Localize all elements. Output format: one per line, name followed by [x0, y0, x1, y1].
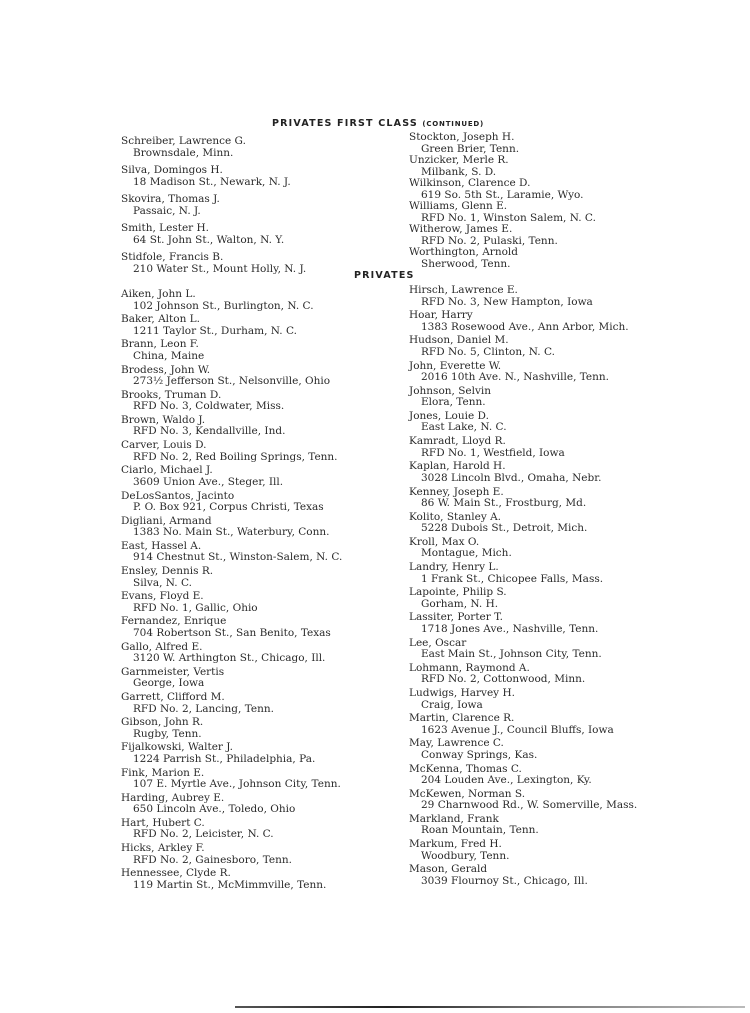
- home-address: Conway Springs, Kas.: [409, 750, 637, 762]
- roster-entry: Hart, Hubert C.RFD No. 2, Leicister, N. …: [121, 818, 342, 841]
- soldier-name: Smith, Lester H.: [121, 223, 306, 235]
- home-address: Roan Mountain, Tenn.: [409, 825, 637, 837]
- pfc-right-column: Stockton, Joseph H.Green Brier, Tenn.Unz…: [409, 132, 596, 270]
- soldier-name: Garrett, Clifford M.: [121, 692, 342, 704]
- home-address: Sherwood, Tenn.: [409, 259, 596, 271]
- roster-entry: East, Hassel A.914 Chestnut St., Winston…: [121, 541, 342, 564]
- roster-entry: Fijalkowski, Walter J.1224 Parrish St., …: [121, 742, 342, 765]
- roster-entry: Carver, Louis D.RFD No. 2, Red Boiling S…: [121, 440, 342, 463]
- home-address: 204 Louden Ave., Lexington, Ky.: [409, 775, 637, 787]
- roster-entry: Kaplan, Harold H.3028 Lincoln Blvd., Oma…: [409, 461, 637, 484]
- roster-entry: DeLosSantos, JacintoP. O. Box 921, Corpu…: [121, 491, 342, 514]
- roster-entry: Brown, Waldo J.RFD No. 3, Kendallville, …: [121, 415, 342, 438]
- roster-entry: Hudson, Daniel M.RFD No. 5, Clinton, N. …: [409, 335, 637, 358]
- roster-entry: Hennessee, Clyde R.119 Martin St., McMim…: [121, 868, 342, 891]
- roster-entry: Brodess, John W.273½ Jefferson St., Nels…: [121, 365, 342, 388]
- home-address: Silva, N. C.: [121, 578, 342, 590]
- roster-entry: Lapointe, Philip S.Gorham, N. H.: [409, 587, 637, 610]
- soldier-name: Witherow, James E.: [409, 224, 596, 236]
- home-address: RFD No. 3, Kendallville, Ind.: [121, 426, 342, 438]
- home-address: Rugby, Tenn.: [121, 729, 342, 741]
- home-address: RFD No. 2, Leicister, N. C.: [121, 829, 342, 841]
- home-address: 3039 Flournoy St., Chicago, Ill.: [409, 876, 637, 888]
- home-address: Montague, Mich.: [409, 548, 637, 560]
- home-address: George, Iowa: [121, 678, 342, 690]
- home-address: RFD No. 1, Gallic, Ohio: [121, 603, 342, 615]
- pfc-title: PRIVATES FIRST CLASS: [272, 118, 418, 129]
- home-address: 3028 Lincoln Blvd., Omaha, Nebr.: [409, 473, 637, 485]
- roster-entry: Schreiber, Lawrence G.Brownsdale, Minn.: [121, 136, 306, 159]
- soldier-name: Worthington, Arnold: [409, 247, 596, 259]
- roster-entry: Skovira, Thomas J.Passaic, N. J.: [121, 194, 306, 217]
- home-address: 1383 No. Main St., Waterbury, Conn.: [121, 527, 342, 539]
- roster-entry: Markland, FrankRoan Mountain, Tenn.: [409, 814, 637, 837]
- home-address: Gorham, N. H.: [409, 599, 637, 611]
- roster-entry: Harding, Aubrey E.650 Lincoln Ave., Tole…: [121, 793, 342, 816]
- soldier-name: Skovira, Thomas J.: [121, 194, 306, 206]
- roster-entry: Hirsch, Lawrence E.RFD No. 3, New Hampto…: [409, 285, 637, 308]
- home-address: RFD No. 3, New Hampton, Iowa: [409, 297, 637, 309]
- roster-entry: Jones, Louie D.East Lake, N. C.: [409, 411, 637, 434]
- roster-entry: Lohmann, Raymond A.RFD No. 2, Cottonwood…: [409, 663, 637, 686]
- home-address: East Main St., Johnson City, Tenn.: [409, 649, 637, 661]
- home-address: 650 Lincoln Ave., Toledo, Ohio: [121, 804, 342, 816]
- soldier-name: Wilkinson, Clarence D.: [409, 178, 596, 190]
- privates-right-column: Hirsch, Lawrence E.RFD No. 3, New Hampto…: [409, 285, 637, 890]
- roster-entry: Unzicker, Merle R.Milbank, S. D.: [409, 155, 596, 178]
- home-address: 914 Chestnut St., Winston-Salem, N. C.: [121, 552, 342, 564]
- soldier-name: Silva, Domingos H.: [121, 165, 306, 177]
- roster-entry: Martin, Clarence R.1623 Avenue J., Counc…: [409, 713, 637, 736]
- home-address: RFD No. 3, Coldwater, Miss.: [121, 401, 342, 413]
- soldier-name: Ensley, Dennis R.: [121, 566, 342, 578]
- roster-entry: John, Everette W.2016 10th Ave. N., Nash…: [409, 361, 637, 384]
- roster-entry: Fink, Marion E.107 E. Myrtle Ave., Johns…: [121, 768, 342, 791]
- home-address: RFD No. 1, Westfield, Iowa: [409, 448, 637, 460]
- home-address: Craig, Iowa: [409, 700, 637, 712]
- section-heading-pfc: PRIVATES FIRST CLASS (CONTINUED): [272, 118, 484, 129]
- roster-entry: Ludwigs, Harvey H.Craig, Iowa: [409, 688, 637, 711]
- roster-entry: Lee, OscarEast Main St., Johnson City, T…: [409, 638, 637, 661]
- home-address: 29 Charnwood Rd., W. Somerville, Mass.: [409, 800, 637, 812]
- home-address: 3120 W. Arthington St., Chicago, Ill.: [121, 653, 342, 665]
- roster-entry: Garrett, Clifford M.RFD No. 2, Lancing, …: [121, 692, 342, 715]
- soldier-name: Hirsch, Lawrence E.: [409, 285, 637, 297]
- roster-page: PRIVATES FIRST CLASS (CONTINUED) Schreib…: [0, 0, 750, 1013]
- soldier-name: Hoar, Harry: [409, 310, 637, 322]
- roster-entry: Brooks, Truman D.RFD No. 3, Coldwater, M…: [121, 390, 342, 413]
- roster-entry: Brann, Leon F.China, Maine: [121, 339, 342, 362]
- home-address: 3609 Union Ave., Steger, Ill.: [121, 477, 342, 489]
- home-address: 5228 Dubois St., Detroit, Mich.: [409, 523, 637, 535]
- roster-entry: Fernandez, Enrique704 Robertson St., San…: [121, 616, 342, 639]
- home-address: RFD No. 2, Gainesboro, Tenn.: [121, 855, 342, 867]
- roster-entry: Silva, Domingos H.18 Madison St., Newark…: [121, 165, 306, 188]
- soldier-name: Williams, Glenn E.: [409, 201, 596, 213]
- home-address: East Lake, N. C.: [409, 422, 637, 434]
- soldier-name: Baker, Alton L.: [121, 314, 342, 326]
- roster-entry: Kroll, Max O.Montague, Mich.: [409, 537, 637, 560]
- home-address: 2016 10th Ave. N., Nashville, Tenn.: [409, 372, 637, 384]
- roster-entry: Kamradt, Lloyd R.RFD No. 1, Westfield, I…: [409, 436, 637, 459]
- roster-entry: Markum, Fred H.Woodbury, Tenn.: [409, 839, 637, 862]
- privates-title: PRIVATES: [354, 270, 415, 281]
- home-address: 210 Water St., Mount Holly, N. J.: [121, 264, 306, 276]
- home-address: 1623 Avenue J., Council Bluffs, Iowa: [409, 725, 637, 737]
- home-address: RFD No. 2, Cottonwood, Minn.: [409, 674, 637, 686]
- roster-entry: Evans, Floyd E.RFD No. 1, Gallic, Ohio: [121, 591, 342, 614]
- home-address: Brownsdale, Minn.: [121, 148, 306, 160]
- home-address: P. O. Box 921, Corpus Christi, Texas: [121, 502, 342, 514]
- roster-entry: Gibson, John R.Rugby, Tenn.: [121, 717, 342, 740]
- roster-entry: Hoar, Harry1383 Rosewood Ave., Ann Arbor…: [409, 310, 637, 333]
- roster-entry: Williams, Glenn E.RFD No. 1, Winston Sal…: [409, 201, 596, 224]
- home-address: Woodbury, Tenn.: [409, 851, 637, 863]
- home-address: China, Maine: [121, 351, 342, 363]
- home-address: 102 Johnson St., Burlington, N. C.: [121, 301, 342, 313]
- home-address: Elora, Tenn.: [409, 397, 637, 409]
- roster-entry: Aiken, John L.102 Johnson St., Burlingto…: [121, 289, 342, 312]
- home-address: RFD No. 5, Clinton, N. C.: [409, 347, 637, 359]
- roster-entry: Lassiter, Porter T.1718 Jones Ave., Nash…: [409, 612, 637, 635]
- home-address: RFD No. 2, Lancing, Tenn.: [121, 704, 342, 716]
- home-address: Passaic, N. J.: [121, 206, 306, 218]
- home-address: 1 Frank St., Chicopee Falls, Mass.: [409, 574, 637, 586]
- home-address: 1224 Parrish St., Philadelphia, Pa.: [121, 754, 342, 766]
- roster-entry: Landry, Henry L.1 Frank St., Chicopee Fa…: [409, 562, 637, 585]
- soldier-name: Kamradt, Lloyd R.: [409, 436, 637, 448]
- roster-entry: Stockton, Joseph H.Green Brier, Tenn.: [409, 132, 596, 155]
- home-address: 704 Robertson St., San Benito, Texas: [121, 628, 342, 640]
- roster-entry: Digliani, Armand1383 No. Main St., Water…: [121, 516, 342, 539]
- roster-entry: Wilkinson, Clarence D.619 So. 5th St., L…: [409, 178, 596, 201]
- page-bottom-edge: [235, 1006, 745, 1008]
- soldier-name: Carver, Louis D.: [121, 440, 342, 452]
- roster-entry: Ensley, Dennis R.Silva, N. C.: [121, 566, 342, 589]
- roster-entry: Kolito, Stanley A.5228 Dubois St., Detro…: [409, 512, 637, 535]
- soldier-name: Aiken, John L.: [121, 289, 342, 301]
- home-address: RFD No. 2, Red Boiling Springs, Tenn.: [121, 452, 342, 464]
- soldier-name: Hicks, Arkley F.: [121, 843, 342, 855]
- roster-entry: Witherow, James E.RFD No. 2, Pulaski, Te…: [409, 224, 596, 247]
- roster-entry: Johnson, SelvinElora, Tenn.: [409, 386, 637, 409]
- roster-entry: Baker, Alton L.1211 Taylor St., Durham, …: [121, 314, 342, 337]
- roster-entry: Stidfole, Francis B.210 Water St., Mount…: [121, 252, 306, 275]
- roster-entry: Worthington, ArnoldSherwood, Tenn.: [409, 247, 596, 270]
- home-address: 1718 Jones Ave., Nashville, Tenn.: [409, 624, 637, 636]
- soldier-name: Stockton, Joseph H.: [409, 132, 596, 144]
- soldier-name: Gibson, John R.: [121, 717, 342, 729]
- soldier-name: Markum, Fred H.: [409, 839, 637, 851]
- home-address: 107 E. Myrtle Ave., Johnson City, Tenn.: [121, 779, 342, 791]
- home-address: 64 St. John St., Walton, N. Y.: [121, 235, 306, 247]
- soldier-name: Landry, Henry L.: [409, 562, 637, 574]
- roster-entry: Kenney, Joseph E.86 W. Main St., Frostbu…: [409, 487, 637, 510]
- home-address: 1211 Taylor St., Durham, N. C.: [121, 326, 342, 338]
- soldier-name: Stidfole, Francis B.: [121, 252, 306, 264]
- section-heading-privates: PRIVATES: [354, 270, 415, 281]
- roster-entry: Smith, Lester H.64 St. John St., Walton,…: [121, 223, 306, 246]
- home-address: 86 W. Main St., Frostburg, Md.: [409, 498, 637, 510]
- roster-entry: Ciarlo, Michael J.3609 Union Ave., Stege…: [121, 465, 342, 488]
- home-address: 1383 Rosewood Ave., Ann Arbor, Mich.: [409, 322, 637, 334]
- soldier-name: Ludwigs, Harvey H.: [409, 688, 637, 700]
- roster-entry: McKenna, Thomas C.204 Louden Ave., Lexin…: [409, 764, 637, 787]
- home-address: 119 Martin St., McMimmville, Tenn.: [121, 880, 342, 892]
- roster-entry: Gallo, Alfred E.3120 W. Arthington St., …: [121, 642, 342, 665]
- roster-entry: May, Lawrence C.Conway Springs, Kas.: [409, 738, 637, 761]
- home-address: 273½ Jefferson St., Nelsonville, Ohio: [121, 376, 342, 388]
- home-address: 18 Madison St., Newark, N. J.: [121, 177, 306, 189]
- roster-entry: McKewen, Norman S.29 Charnwood Rd., W. S…: [409, 789, 637, 812]
- pfc-left-column: Schreiber, Lawrence G.Brownsdale, Minn.S…: [121, 136, 306, 281]
- privates-left-column: Aiken, John L.102 Johnson St., Burlingto…: [121, 289, 342, 894]
- soldier-name: Schreiber, Lawrence G.: [121, 136, 306, 148]
- soldier-name: Unzicker, Merle R.: [409, 155, 596, 167]
- roster-entry: Mason, Gerald3039 Flournoy St., Chicago,…: [409, 864, 637, 887]
- pfc-continued-label: (CONTINUED): [422, 120, 484, 128]
- roster-entry: Garnmeister, VertisGeorge, Iowa: [121, 667, 342, 690]
- roster-entry: Hicks, Arkley F.RFD No. 2, Gainesboro, T…: [121, 843, 342, 866]
- soldier-name: Martin, Clarence R.: [409, 713, 637, 725]
